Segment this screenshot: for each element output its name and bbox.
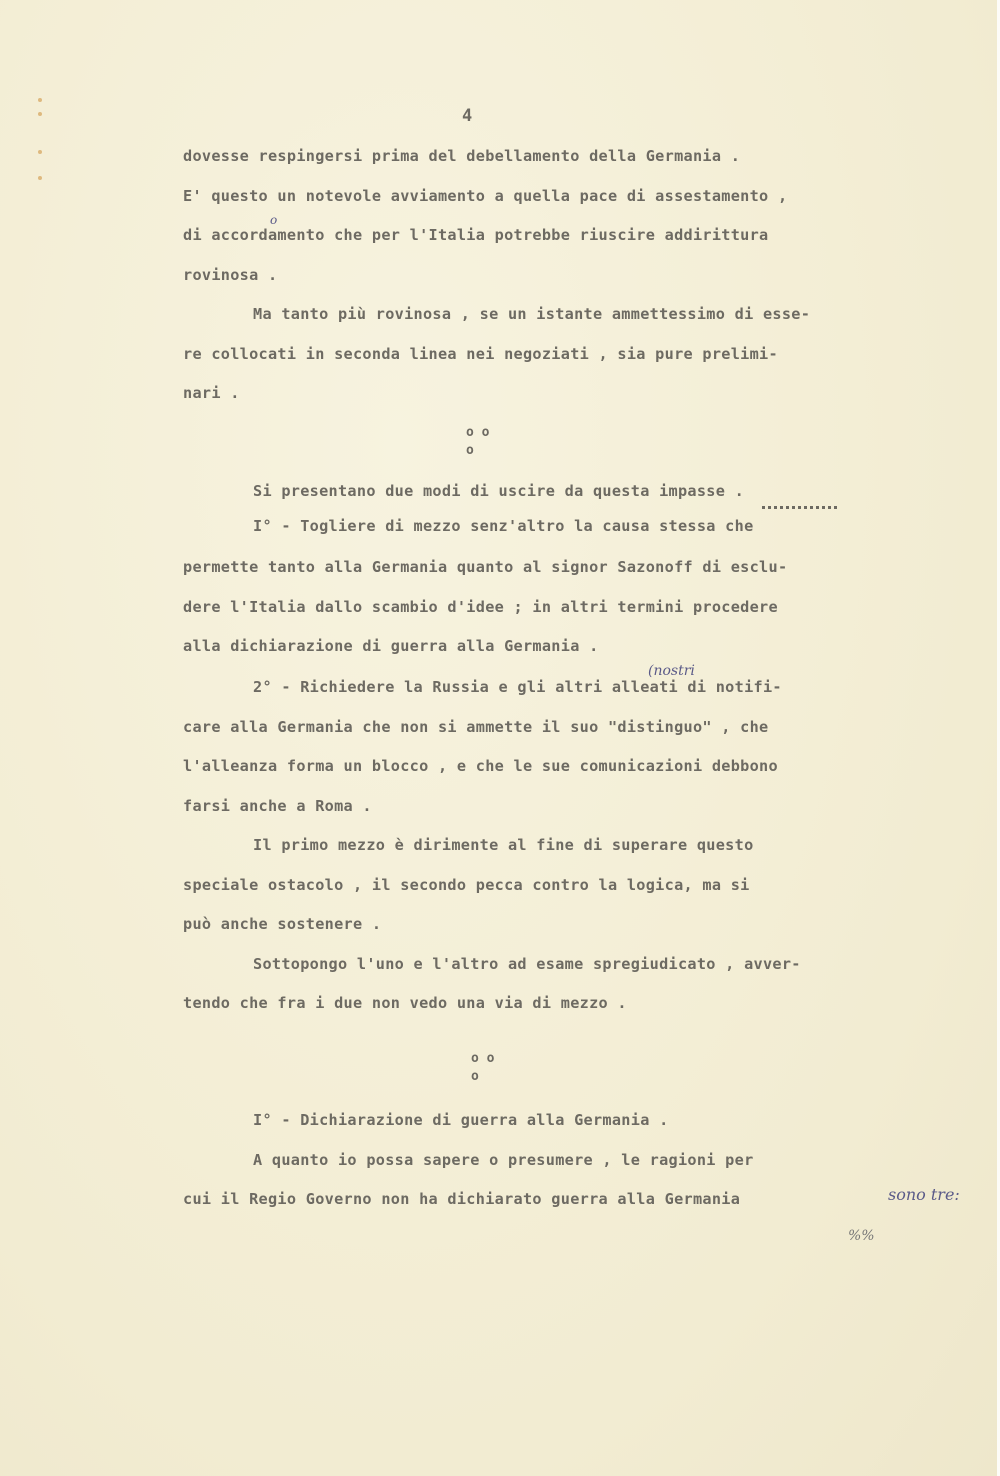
text-line: 2° - Richiedere la Russia e gli altri al…	[253, 678, 782, 696]
text-line: di accordamento che per l'Italia potrebb…	[183, 226, 769, 244]
handwritten-insertion: (nostri	[648, 663, 695, 679]
page-number: 4	[462, 106, 473, 126]
text-line: permette tanto alla Germania quanto al s…	[183, 558, 787, 576]
text-line: E' questo un notevole avviamento a quell…	[183, 187, 787, 205]
text-line: I° - Togliere di mezzo senz'altro la cau…	[253, 517, 754, 535]
document-page	[0, 0, 997, 1476]
text-line: Ma tanto più rovinosa , se un istante am…	[253, 305, 810, 323]
text-line: dere l'Italia dallo scambio d'idee ; in …	[183, 598, 778, 616]
text-line: rovinosa .	[183, 266, 277, 284]
text-line: farsi anche a Roma .	[183, 797, 372, 815]
handwritten-initials: %%	[848, 1228, 875, 1244]
text-line: dovesse respingersi prima del debellamen…	[183, 147, 740, 165]
text-line: I° - Dichiarazione di guerra alla German…	[253, 1111, 669, 1129]
text-line: può anche sostenere .	[183, 915, 381, 933]
text-line: cui il Regio Governo non ha dichiarato g…	[183, 1190, 740, 1208]
emphasis-underline	[762, 506, 837, 509]
text-line: Sottopongo l'uno e l'altro ad esame spre…	[253, 955, 801, 973]
text-line: Si presentano due modi di uscire da ques…	[253, 482, 744, 500]
text-line: care alla Germania che non si ammette il…	[183, 718, 769, 736]
punch-hole-mark	[38, 176, 42, 180]
text-line: l'alleanza forma un blocco , e che le su…	[183, 757, 778, 775]
text-line: re collocati in seconda linea nei negozi…	[183, 345, 778, 363]
text-line: alla dichiarazione di guerra alla German…	[183, 637, 599, 655]
text-line: speciale ostacolo , il secondo pecca con…	[183, 876, 750, 894]
punch-hole-mark	[38, 112, 42, 116]
punch-hole-mark	[38, 98, 42, 102]
text-line: Il primo mezzo è dirimente al fine di su…	[253, 836, 754, 854]
text-line: nari .	[183, 384, 240, 402]
text-line: A quanto io possa sapere o presumere , l…	[253, 1151, 754, 1169]
handwritten-note: sono tre:	[888, 1185, 960, 1204]
text-line: tendo che fra i due non vedo una via di …	[183, 994, 627, 1012]
section-separator: o o o	[471, 1050, 494, 1086]
section-separator: o o o	[466, 424, 489, 460]
punch-hole-mark	[38, 150, 42, 154]
handwritten-correction: o	[270, 213, 277, 227]
